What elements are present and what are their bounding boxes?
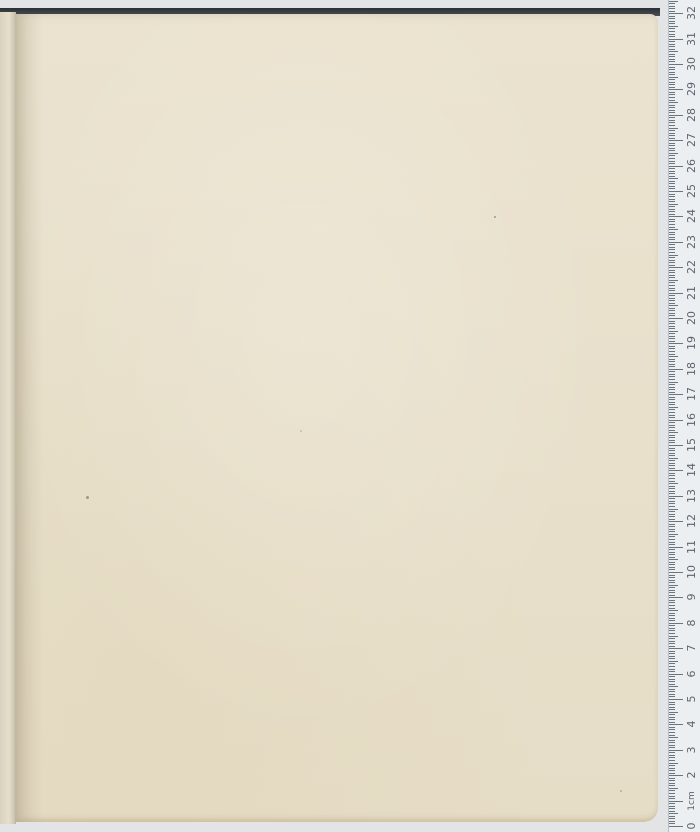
ruler-tick <box>669 298 675 299</box>
measurement-ruler: 01cm234567891011121314151617181920212223… <box>668 0 700 832</box>
ruler-tick <box>669 572 683 573</box>
ruler-tick <box>669 232 675 233</box>
ruler-label: 7 <box>686 640 698 656</box>
ruler-tick <box>669 625 675 626</box>
ruler-tick <box>669 13 683 14</box>
ruler-tick <box>669 681 675 682</box>
ruler-tick <box>669 803 675 804</box>
ruler-tick <box>669 592 675 593</box>
ruler-tick <box>669 28 675 29</box>
ruler-tick <box>669 610 678 611</box>
ruler-tick <box>669 638 675 639</box>
ruler-tick <box>669 460 675 461</box>
ruler-tick <box>669 145 675 146</box>
ruler-tick <box>669 371 675 372</box>
ruler-tick <box>669 3 675 4</box>
ruler-tick <box>669 18 675 19</box>
ruler-tick <box>669 445 683 446</box>
ruler-tick <box>669 239 675 240</box>
ruler-tick <box>669 806 675 807</box>
ruler-tick <box>669 84 675 85</box>
ruler-tick <box>669 275 675 276</box>
ruler-tick <box>669 816 675 817</box>
ruler-tick <box>669 92 675 93</box>
ruler-tick <box>669 105 675 106</box>
ruler-tick <box>669 404 675 405</box>
ruler-tick <box>669 636 678 637</box>
ruler-tick <box>669 549 675 550</box>
ruler-tick <box>669 376 675 377</box>
ruler-tick <box>669 188 675 189</box>
ruler-tick <box>669 219 675 220</box>
ruler-tick <box>669 252 675 253</box>
ruler-tick <box>669 234 675 235</box>
ruler-tick <box>669 128 678 129</box>
ruler-tick <box>669 450 675 451</box>
ruler-tick <box>669 341 675 342</box>
ruler-tick <box>669 11 675 12</box>
ruler-tick <box>669 122 675 123</box>
ruler-tick <box>669 389 675 390</box>
ruler-tick <box>669 343 683 344</box>
ruler-tick <box>669 46 675 47</box>
ruler-label: 27 <box>686 132 698 148</box>
ruler-label: 17 <box>686 386 698 402</box>
ruler-tick <box>669 597 683 598</box>
ruler-tick <box>669 397 675 398</box>
ruler-tick <box>669 125 675 126</box>
ruler-tick <box>669 359 675 360</box>
ruler-tick <box>669 745 675 746</box>
ruler-tick <box>669 199 675 200</box>
ruler-label: 28 <box>686 107 698 123</box>
ruler-tick <box>669 689 675 690</box>
paper-speck <box>620 790 622 792</box>
ruler-tick <box>669 229 678 230</box>
ruler-tick <box>669 107 675 108</box>
ruler-tick <box>669 470 683 471</box>
ruler-tick <box>669 432 678 433</box>
ruler-tick <box>669 34 675 35</box>
ruler-tick <box>669 16 675 17</box>
ruler-tick <box>669 31 675 32</box>
ruler-tick <box>669 773 675 774</box>
ruler-tick <box>669 425 675 426</box>
ruler-tick <box>669 214 675 215</box>
ruler-label: 6 <box>686 666 698 682</box>
ruler-tick <box>669 293 683 294</box>
ruler-tick <box>669 171 675 172</box>
ruler-tick <box>669 290 675 291</box>
ruler-tick <box>669 536 675 537</box>
ruler-tick <box>669 67 675 68</box>
ruler-tick <box>669 323 675 324</box>
ruler-tick <box>669 295 675 296</box>
ruler-tick <box>669 567 675 568</box>
ruler-tick <box>669 765 675 766</box>
ruler-tick <box>669 775 683 776</box>
ruler-label: 18 <box>686 361 698 377</box>
ruler-tick <box>669 150 675 151</box>
ruler-tick <box>669 669 675 670</box>
ruler-tick <box>669 384 675 385</box>
ruler-tick <box>669 117 675 118</box>
ruler-tick <box>669 161 675 162</box>
ruler-tick <box>669 666 675 667</box>
ruler-tick <box>669 671 675 672</box>
ruler-tick <box>669 818 675 819</box>
ruler-tick <box>669 643 675 644</box>
ruler-tick <box>669 727 675 728</box>
ruler-tick <box>669 26 678 27</box>
ruler-tick <box>669 399 675 400</box>
ruler-tick <box>669 186 675 187</box>
ruler-tick <box>669 821 675 822</box>
ruler-tick <box>669 557 675 558</box>
ruler-tick <box>669 209 675 210</box>
ruler-tick <box>669 97 675 98</box>
ruler-tick <box>669 392 675 393</box>
ruler-tick <box>669 257 675 258</box>
ruler-tick <box>669 64 683 65</box>
ruler-tick <box>669 402 675 403</box>
ruler-tick <box>669 173 675 174</box>
ruler-tick <box>669 628 675 629</box>
ruler-tick <box>669 21 675 22</box>
ruler-tick <box>669 305 678 306</box>
ruler-tick <box>669 742 675 743</box>
ruler-tick <box>669 313 675 314</box>
ruler-tick <box>669 468 675 469</box>
ruler-tick <box>669 577 675 578</box>
ruler-tick <box>669 778 675 779</box>
ruler-tick <box>669 724 683 725</box>
ruler-tick <box>669 735 675 736</box>
ruler-tick <box>669 506 675 507</box>
ruler-tick <box>669 82 675 83</box>
ruler-tick <box>669 54 675 55</box>
ruler-tick <box>669 379 675 380</box>
ruler-tick <box>669 455 675 456</box>
ruler-tick <box>669 412 675 413</box>
ruler-tick <box>669 707 675 708</box>
ruler-tick <box>669 712 678 713</box>
ruler-tick <box>669 478 675 479</box>
ruler-tick <box>669 714 675 715</box>
ruler-tick <box>669 221 675 222</box>
ruler-label: 23 <box>686 234 698 250</box>
ruler-tick <box>669 554 675 555</box>
ruler-tick <box>669 115 683 116</box>
ruler-label: 25 <box>686 183 698 199</box>
ruler-tick <box>669 328 675 329</box>
ruler-tick <box>669 36 675 37</box>
ruler-tick <box>669 679 675 680</box>
ruler-tick <box>669 534 678 535</box>
ruler-label: 5 <box>686 691 698 707</box>
ruler-tick <box>669 158 675 159</box>
ruler-tick <box>669 348 675 349</box>
ruler-tick <box>669 59 675 60</box>
ruler-tick <box>669 569 675 570</box>
ruler-tick <box>669 430 675 431</box>
ruler-tick <box>669 623 683 624</box>
ruler-tick <box>669 102 678 103</box>
ruler-tick <box>669 796 675 797</box>
ruler-tick <box>669 696 675 697</box>
ruler-tick <box>669 676 675 677</box>
blank-page <box>15 14 658 822</box>
ruler-tick <box>669 493 675 494</box>
ruler-tick <box>669 260 675 261</box>
ruler-tick <box>669 356 678 357</box>
ruler-tick <box>669 542 675 543</box>
ruler-tick <box>669 442 675 443</box>
ruler-tick <box>669 133 675 134</box>
ruler-tick <box>669 684 675 685</box>
ruler-tick <box>669 602 675 603</box>
ruler-label: 8 <box>686 615 698 631</box>
ruler-tick <box>669 463 675 464</box>
ruler-label: 21 <box>686 285 698 301</box>
ruler-tick <box>669 547 683 548</box>
ruler-label: 29 <box>686 81 698 97</box>
ruler-label: 20 <box>686 310 698 326</box>
ruler-label: 0 <box>686 818 698 832</box>
ruler-tick <box>669 674 683 675</box>
ruler-tick <box>669 521 683 522</box>
ruler-tick <box>669 300 675 301</box>
ruler-tick <box>669 503 675 504</box>
ruler-label: 31 <box>686 31 698 47</box>
ruler-tick <box>669 242 683 243</box>
ruler-tick <box>669 435 675 436</box>
ruler-tick <box>669 564 675 565</box>
ruler-tick <box>669 529 675 530</box>
ruler-tick <box>669 585 678 586</box>
ruler-tick <box>669 308 675 309</box>
ruler-label: 14 <box>686 462 698 478</box>
ruler-tick <box>669 646 675 647</box>
ruler-label: 11 <box>686 539 698 555</box>
previous-page-edge <box>0 12 16 824</box>
ruler-label: 32 <box>686 5 698 21</box>
ruler-tick <box>669 72 675 73</box>
ruler-tick <box>669 511 675 512</box>
ruler-tick <box>669 74 675 75</box>
ruler-tick <box>669 1 678 2</box>
ruler-tick <box>669 303 675 304</box>
ruler-tick <box>669 427 675 428</box>
ruler-tick <box>669 155 675 156</box>
ruler-tick <box>669 801 683 802</box>
ruler-tick <box>669 658 675 659</box>
ruler-tick <box>669 757 675 758</box>
ruler-tick <box>669 750 683 751</box>
ruler-tick <box>669 346 675 347</box>
ruler-tick <box>669 633 675 634</box>
ruler-tick <box>669 613 675 614</box>
ruler-tick <box>669 458 678 459</box>
ruler-tick <box>669 420 683 421</box>
ruler-tick <box>669 265 675 266</box>
ruler-tick <box>669 475 675 476</box>
ruler-tick <box>669 247 675 248</box>
ruler-tick <box>669 760 675 761</box>
ruler-tick <box>669 224 675 225</box>
ruler-tick <box>669 656 675 657</box>
ruler-tick <box>669 94 675 95</box>
ruler-tick <box>669 227 675 228</box>
ruler-tick <box>669 361 675 362</box>
ruler-tick <box>669 641 675 642</box>
ruler-tick <box>669 130 675 131</box>
ruler-tick <box>669 699 683 700</box>
ruler-tick <box>669 196 675 197</box>
paper-speck <box>494 216 496 218</box>
ruler-tick <box>669 580 675 581</box>
ruler-tick <box>669 661 678 662</box>
ruler-tick <box>669 785 675 786</box>
ruler-tick <box>669 23 675 24</box>
ruler-tick <box>669 630 675 631</box>
ruler-tick <box>669 514 675 515</box>
ruler-tick <box>669 382 678 383</box>
ruler-tick <box>669 255 678 256</box>
ruler-tick <box>669 394 683 395</box>
ruler-tick <box>669 163 675 164</box>
ruler-tick <box>669 44 675 45</box>
ruler-tick <box>669 516 675 517</box>
ruler-tick <box>669 740 675 741</box>
ruler-tick <box>669 709 675 710</box>
ruler-tick <box>669 790 675 791</box>
ruler-tick <box>669 267 683 268</box>
ruler-tick <box>669 704 675 705</box>
ruler-tick <box>669 747 675 748</box>
ruler-tick <box>669 166 683 167</box>
ruler-tick <box>669 590 675 591</box>
ruler-tick <box>669 194 675 195</box>
ruler-tick <box>669 531 675 532</box>
ruler-tick <box>669 473 675 474</box>
ruler-tick <box>669 277 675 278</box>
ruler-tick <box>669 178 678 179</box>
ruler-tick <box>669 326 675 327</box>
ruler-label: 1cm <box>686 791 698 811</box>
ruler-tick <box>669 582 675 583</box>
ruler-tick <box>669 272 675 273</box>
ruler-tick <box>669 41 675 42</box>
ruler-tick <box>669 481 675 482</box>
ruler-tick <box>669 737 678 738</box>
ruler-tick <box>669 237 675 238</box>
ruler-tick <box>669 539 675 540</box>
ruler-tick <box>669 153 678 154</box>
ruler-label: 3 <box>686 742 698 758</box>
ruler-tick <box>669 501 675 502</box>
ruler-tick <box>669 204 678 205</box>
ruler-tick <box>669 648 683 649</box>
ruler-tick <box>669 823 675 824</box>
ruler-tick <box>669 793 675 794</box>
ruler-tick <box>669 87 675 88</box>
ruler-tick <box>669 49 675 50</box>
ruler-tick <box>669 552 675 553</box>
ruler-tick <box>669 407 678 408</box>
ruler-tick <box>669 338 675 339</box>
ruler-tick <box>669 559 678 560</box>
ruler-tick <box>669 620 675 621</box>
ruler-label: 4 <box>686 716 698 732</box>
ruler-tick <box>669 437 675 438</box>
ruler-tick <box>669 249 675 250</box>
ruler-tick <box>669 422 675 423</box>
ruler-tick <box>669 448 675 449</box>
ruler-tick <box>669 417 675 418</box>
ruler-tick <box>669 498 675 499</box>
ruler-tick <box>669 752 675 753</box>
ruler-tick <box>669 808 675 809</box>
ruler-tick <box>669 364 675 365</box>
ruler-tick <box>669 336 675 337</box>
ruler-tick <box>669 694 675 695</box>
ruler-tick <box>669 729 675 730</box>
ruler-tick <box>669 524 675 525</box>
ruler-tick <box>669 595 675 596</box>
ruler-tick <box>669 618 675 619</box>
ruler-label: 30 <box>686 56 698 72</box>
ruler-tick <box>669 732 675 733</box>
ruler-tick <box>669 244 675 245</box>
ruler-label: 22 <box>686 259 698 275</box>
ruler-tick <box>669 488 675 489</box>
ruler-tick <box>669 61 675 62</box>
ruler-tick <box>669 440 675 441</box>
ruler-tick <box>669 600 675 601</box>
ruler-tick <box>669 409 675 410</box>
ruler-tick <box>669 333 675 334</box>
ruler-tick <box>669 486 675 487</box>
ruler-tick <box>669 615 675 616</box>
ruler-tick <box>669 587 675 588</box>
ruler-tick <box>669 780 675 781</box>
ruler-tick <box>669 691 675 692</box>
ruler-tick <box>669 216 683 217</box>
ruler-label: 12 <box>686 513 698 529</box>
ruler-tick <box>669 206 675 207</box>
ruler-tick <box>669 321 675 322</box>
ruler-tick <box>669 8 675 9</box>
ruler-tick <box>669 318 683 319</box>
ruler-tick <box>669 112 675 113</box>
ruler-label: 24 <box>686 208 698 224</box>
ruler-tick <box>669 544 675 545</box>
ruler-tick <box>669 280 678 281</box>
paper-speck <box>300 430 302 432</box>
ruler-tick <box>669 69 675 70</box>
ruler-label: 26 <box>686 158 698 174</box>
ruler-tick <box>669 135 675 136</box>
ruler-tick <box>669 138 675 139</box>
ruler-tick <box>669 717 675 718</box>
ruler-tick <box>669 366 675 367</box>
ruler-tick <box>669 285 675 286</box>
ruler-tick <box>669 120 675 121</box>
ruler-tick <box>669 310 675 311</box>
ruler-tick <box>669 770 675 771</box>
ruler-tick <box>669 56 675 57</box>
